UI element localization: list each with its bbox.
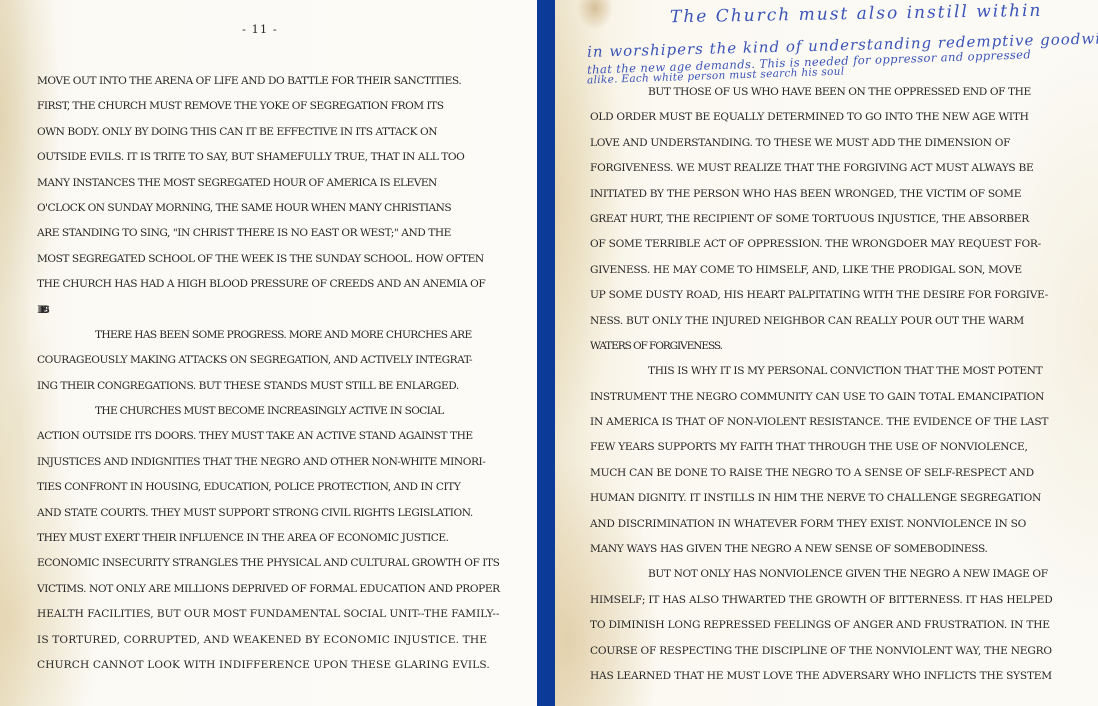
text-line: OLD ORDER MUST BE EQUALLY DETERMINED TO … <box>590 105 1053 130</box>
left-page-text: MOVE OUT INTO THE ARENA OF LIFE AND DO B… <box>37 69 500 678</box>
handwritten-line: The Church must also instill within <box>670 1 1043 27</box>
text-line: HUMAN DIGNITY. IT INSTILLS IN HIM THE NE… <box>590 486 1053 511</box>
text-line: CHURCH CANNOT LOOK WITH INDIFFERENCE UPO… <box>37 653 500 678</box>
text-line: LOVE AND UNDERSTANDING. TO THESE WE MUST… <box>590 131 1053 156</box>
text-line: INSTRUMENT THE NEGRO COMMUNITY CAN USE T… <box>590 385 1053 410</box>
page-number: - 11 - <box>242 22 278 36</box>
text-line: IS TORTURED, CORRUPTED, AND WEAKENED BY … <box>37 628 500 653</box>
text-line: IN AMERICA IS THAT OF NON-VIOLENT RESIST… <box>590 410 1053 435</box>
text-line: MOST SEGREGATED SCHOOL OF THE WEEK IS TH… <box>37 247 500 272</box>
text-line: THE CHURCH HAS HAD A HIGH BLOOD PRESSURE… <box>37 272 500 297</box>
text-line: GIVENESS. HE MAY COME TO HIMSELF, AND, L… <box>590 258 1053 283</box>
text-line: HIMSELF; IT HAS ALSO THWARTED THE GROWTH… <box>590 588 1053 613</box>
text-line: HEALTH FACILITIES, BUT OUR MOST FUNDAMEN… <box>37 602 500 627</box>
text-line: ING THEIR CONGREGATIONS. BUT THESE STAND… <box>37 374 500 399</box>
text-line: GREAT HURT, THE RECIPIENT OF SOME TORTUO… <box>590 207 1053 232</box>
text-line: THE CHURCHES MUST BECOME INCREASINGLY AC… <box>37 399 500 424</box>
text-line: MANY WAYS HAS GIVEN THE NEGRO A NEW SENS… <box>590 537 1053 562</box>
text-line: THERE HAS BEEN SOME PROGRESS. MORE AND M… <box>37 323 500 348</box>
text-line: UP SOME DUSTY ROAD, HIS HEART PALPITATIN… <box>590 283 1053 308</box>
text-line: TIES CONFRONT IN HOUSING, EDUCATION, POL… <box>37 475 500 500</box>
page-divider <box>537 0 555 706</box>
text-line: MANY INSTANCES THE MOST SEGREGATED HOUR … <box>37 171 500 196</box>
text-line: FEW YEARS SUPPORTS MY FAITH THAT THROUGH… <box>590 435 1053 460</box>
text-line: INITIATED BY THE PERSON WHO HAS BEEN WRO… <box>590 182 1053 207</box>
text-line: ARE STANDING TO SING, "IN CHRIST THERE I… <box>37 221 500 246</box>
text-line: AND DISCRIMINATION IN WHATEVER FORM THEY… <box>590 512 1053 537</box>
text-line: WATERS OF FORGIVENESS. <box>590 334 1053 359</box>
text-line: ECONOMIC INSECURITY STRANGLES THE PHYSIC… <box>37 551 500 576</box>
text-line: FORGIVENESS. WE MUST REALIZE THAT THE FO… <box>590 156 1053 181</box>
left-page: - 11 - MOVE OUT INTO THE ARENA OF LIFE A… <box>0 0 537 706</box>
text-line: TO DIMINISH LONG REPRESSED FEELINGS OF A… <box>590 613 1053 638</box>
text-line: INJUSTICES AND INDIGNITIES THAT THE NEGR… <box>37 450 500 475</box>
text-line: AND STATE COURTS. THEY MUST SUPPORT STRO… <box>37 501 500 526</box>
text-line: O'CLOCK ON SUNDAY MORNING, THE SAME HOUR… <box>37 196 500 221</box>
text-line: THIS IS WHY IT IS MY PERSONAL CONVICTION… <box>590 359 1053 384</box>
text-line: BUT NOT ONLY HAS NONVIOLENCE GIVEN THE N… <box>590 562 1053 587</box>
text-line: COURSE OF RESPECTING THE DISCIPLINE OF T… <box>590 639 1053 664</box>
text-line: HAS LEARNED THAT HE MUST LOVE THE ADVERS… <box>590 664 1053 689</box>
text-line: FIRST, THE CHURCH MUST REMOVE THE YOKE O… <box>37 94 500 119</box>
text-line: OWN BODY. ONLY BY DOING THIS CAN IT BE E… <box>37 120 500 145</box>
text-line: MUCH CAN BE DONE TO RAISE THE NEGRO TO A… <box>590 461 1053 486</box>
text-line: MOVE OUT INTO THE ARENA OF LIFE AND DO B… <box>37 69 500 94</box>
text-line: DEEDS! <box>37 298 500 323</box>
text-line: VICTIMS. NOT ONLY ARE MILLIONS DEPRIVED … <box>37 577 500 602</box>
text-line: OUTSIDE EVILS. IT IS TRITE TO SAY, BUT S… <box>37 145 500 170</box>
text-line: COURAGEOUSLY MAKING ATTACKS ON SEGREGATI… <box>37 348 500 373</box>
text-line: THEY MUST EXERT THEIR INFLUENCE IN THE A… <box>37 526 500 551</box>
right-page: The Church must also instill within in w… <box>555 0 1098 706</box>
text-line: OF SOME TERRIBLE ACT OF OPPRESSION. THE … <box>590 232 1053 257</box>
text-line: ACTION OUTSIDE ITS DOORS. THEY MUST TAKE… <box>37 424 500 449</box>
right-page-text: BUT THOSE OF US WHO HAVE BEEN ON THE OPP… <box>590 80 1053 689</box>
text-line: BUT THOSE OF US WHO HAVE BEEN ON THE OPP… <box>590 80 1053 105</box>
text-line: NESS. BUT ONLY THE INJURED NEIGHBOR CAN … <box>590 309 1053 334</box>
